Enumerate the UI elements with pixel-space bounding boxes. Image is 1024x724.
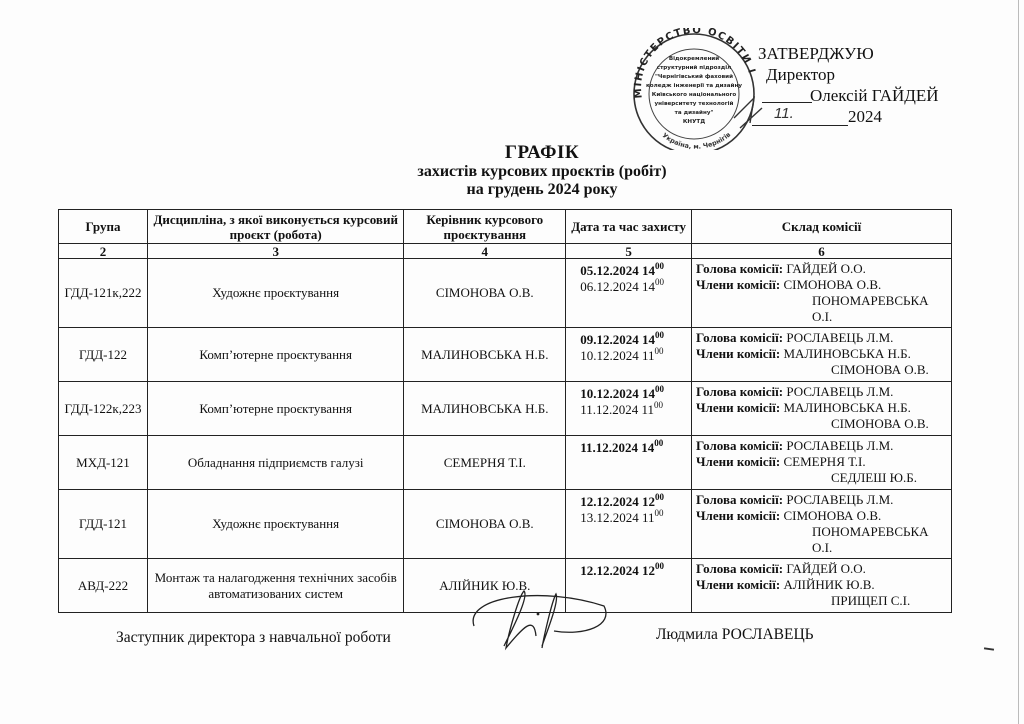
member-name: АЛІЙНИК Ю.В. (783, 577, 874, 592)
chair-name: РОСЛАВЕЦЬ Л.М. (786, 492, 893, 507)
approval-position: Директор (766, 65, 835, 85)
defense-datetime: 13.12.2024 1100 (580, 510, 688, 526)
date-text: 12.12.2024 12 (580, 494, 655, 509)
chair-label: Голова комісії: (696, 561, 783, 576)
cell-group: ГДД-121 (59, 490, 148, 559)
minutes-superscript: 00 (655, 330, 664, 340)
cell-discipline: Комп’ютерне проєктування (147, 382, 403, 436)
minutes-superscript: 00 (654, 346, 663, 356)
defense-datetime: 10.12.2024 1400 (580, 386, 688, 402)
header-supervisor: Керівник курсового проєктування (404, 210, 566, 244)
chair-label: Голова комісії: (696, 492, 783, 507)
chair-label: Голова комісії: (696, 330, 783, 345)
handwritten-date: 11. (774, 104, 794, 124)
column-number: 5 (566, 244, 692, 259)
member-name: СІМОНОВА О.В. (783, 508, 881, 523)
date-text: 13.12.2024 11 (580, 510, 654, 525)
chair-name: ГАЙДЕЙ О.О. (786, 261, 866, 276)
approval-year: 2024 (848, 107, 882, 127)
minutes-superscript: 00 (654, 438, 663, 448)
minutes-superscript: 00 (654, 508, 663, 518)
signature-line (762, 102, 812, 103)
date-text: 10.12.2024 14 (580, 386, 655, 401)
cell-group: МХД-121 (59, 436, 148, 490)
svg-text:КНУТД: КНУТД (683, 119, 705, 125)
member-name: СЕМЕРНЯ Т.І. (783, 454, 865, 469)
chair-label: Голова комісії: (696, 261, 783, 276)
column-number: 3 (147, 244, 403, 259)
cell-commission: Голова комісії: РОСЛАВЕЦЬ Л.М.Члени комі… (692, 328, 952, 382)
members-label: Члени комісії: (696, 400, 780, 415)
members-label: Члени комісії: (696, 454, 780, 469)
chair-label: Голова комісії: (696, 438, 783, 453)
cell-commission: Голова комісії: ГАЙДЕЙ О.О.Члени комісії… (692, 559, 952, 613)
cell-group: ГДД-122 (59, 328, 148, 382)
header-commission: Склад комісії (692, 210, 952, 244)
member-name: МАЛИНОВСЬКА Н.Б. (783, 346, 910, 361)
table-row: ГДД-122к,223Комп’ютерне проєктуванняМАЛИ… (59, 382, 952, 436)
defense-datetime: 12.12.2024 1200 (580, 494, 688, 510)
header-group: Група (59, 210, 148, 244)
chair-name: ГАЙДЕЙ О.О. (786, 561, 866, 576)
chair-name: РОСЛАВЕЦЬ Л.М. (786, 384, 893, 399)
date-text: 11.12.2024 11 (580, 402, 654, 417)
member-name: СІМОНОВА О.В. (783, 277, 881, 292)
column-number: 6 (692, 244, 952, 259)
minutes-superscript: 00 (655, 384, 664, 394)
table-row: ГДД-121к,222Художнє проєктуванняСІМОНОВА… (59, 259, 952, 328)
title-heading: ГРАФІК (60, 143, 1024, 163)
members-label: Члени комісії: (696, 346, 780, 361)
cell-supervisor: СІМОНОВА О.В. (404, 490, 566, 559)
table-header-row: Група Дисципліна, з якої виконується кур… (59, 210, 952, 244)
title-period: на грудень 2024 року (60, 181, 1024, 199)
cell-discipline: Комп’ютерне проєктування (147, 328, 403, 382)
cell-commission: Голова комісії: РОСЛАВЕЦЬ Л.М.Члени комі… (692, 436, 952, 490)
cell-discipline: Обладнання підприємств галузі (147, 436, 403, 490)
cell-datetime: 05.12.2024 140006.12.2024 1400 (566, 259, 692, 328)
svg-text:Відокремлений: Відокремлений (669, 55, 719, 62)
footer-position: Заступник директора з навчальної роботи (116, 629, 391, 647)
cell-datetime: 11.12.2024 1400 (566, 436, 692, 490)
column-number-row: 2 3 4 5 6 (59, 244, 952, 259)
members-label: Члени комісії: (696, 577, 780, 592)
member-name: МАЛИНОВСЬКА Н.Б. (783, 400, 910, 415)
defense-datetime: 06.12.2024 1400 (580, 279, 688, 295)
column-number: 4 (404, 244, 566, 259)
date-text: 11.12.2024 14 (580, 440, 654, 455)
chair-label: Голова комісії: (696, 384, 783, 399)
approval-heading: ЗАТВЕРДЖУЮ (758, 44, 874, 64)
date-line (752, 125, 848, 126)
svg-text:коледж інженерії та дизайну: коледж інженерії та дизайну (646, 82, 742, 89)
signature-icon (464, 586, 614, 656)
minutes-superscript: 00 (655, 561, 664, 571)
minutes-superscript: 00 (655, 261, 664, 271)
scan-edge-line (1018, 0, 1019, 724)
cell-supervisor: СЕМЕРНЯ Т.І. (404, 436, 566, 490)
cell-discipline: Художнє проєктування (147, 259, 403, 328)
minutes-superscript: 00 (655, 492, 664, 502)
approval-name: Олексій ГАЙДЕЙ (810, 86, 939, 106)
cell-discipline: Монтаж та налагодження технічних засобів… (147, 559, 403, 613)
chair-name: РОСЛАВЕЦЬ Л.М. (786, 330, 893, 345)
cell-datetime: 10.12.2024 140011.12.2024 1100 (566, 382, 692, 436)
title-subtitle: захистів курсових проєктів (робіт) (60, 163, 1024, 181)
chair-name: РОСЛАВЕЦЬ Л.М. (786, 438, 893, 453)
member-name: СІМОНОВА О.В. (831, 362, 929, 377)
cell-commission: Голова комісії: РОСЛАВЕЦЬ Л.М.Члени комі… (692, 490, 952, 559)
cell-datetime: 09.12.2024 140010.12.2024 1100 (566, 328, 692, 382)
date-text: 10.12.2024 11 (580, 348, 654, 363)
member-name: ПРИЩЕП С.І. (831, 593, 910, 608)
defense-datetime: 11.12.2024 1100 (580, 402, 688, 418)
cell-commission: Голова комісії: ГАЙДЕЙ О.О.Члени комісії… (692, 259, 952, 328)
table-row: ГДД-121Художнє проєктуванняСІМОНОВА О.В.… (59, 490, 952, 559)
defense-datetime: 05.12.2024 1400 (580, 263, 688, 279)
svg-text:та дизайну": та дизайну" (675, 109, 714, 116)
official-stamp: МІНІСТЕРСТВО ОСВІТИ І НАУКИ Україна, м. … (622, 28, 768, 150)
members-label: Члени комісії: (696, 277, 780, 292)
cell-group: АВД-222 (59, 559, 148, 613)
table-row: МХД-121Обладнання підприємств галузіСЕМЕ… (59, 436, 952, 490)
cell-supervisor: МАЛИНОВСЬКА Н.Б. (404, 382, 566, 436)
date-text: 05.12.2024 14 (580, 263, 655, 278)
svg-text:"Чернігівський фаховий: "Чернігівський фаховий (655, 73, 733, 80)
column-number: 2 (59, 244, 148, 259)
date-text: 09.12.2024 14 (580, 332, 655, 347)
defense-datetime: 11.12.2024 1400 (580, 440, 688, 456)
cell-commission: Голова комісії: РОСЛАВЕЦЬ Л.М.Члени комі… (692, 382, 952, 436)
minutes-superscript: 00 (654, 400, 663, 410)
cell-supervisor: СІМОНОВА О.В. (404, 259, 566, 328)
member-name: СЕДЛЕШ Ю.Б. (831, 470, 917, 485)
date-text: 06.12.2024 14 (580, 279, 655, 294)
defense-datetime: 10.12.2024 1100 (580, 348, 688, 364)
svg-text:Київського національного: Київського національного (652, 92, 737, 98)
member-name: ПОНОМАРЕВСЬКА О.І. (812, 524, 929, 555)
minutes-superscript: 00 (655, 277, 664, 287)
header-discipline: Дисципліна, з якої виконується курсовий … (147, 210, 403, 244)
table-row: ГДД-122Комп’ютерне проєктуванняМАЛИНОВСЬ… (59, 328, 952, 382)
member-name: СІМОНОВА О.В. (831, 416, 929, 431)
member-name: ПОНОМАРЕВСЬКА О.І. (812, 293, 929, 324)
cell-group: ГДД-122к,223 (59, 382, 148, 436)
svg-text:університету технологій: університету технологій (655, 100, 734, 107)
defense-datetime: 09.12.2024 1400 (580, 332, 688, 348)
svg-text:структурний підрозділ: структурний підрозділ (657, 64, 731, 71)
schedule-table: Група Дисципліна, з якої виконується кур… (58, 209, 952, 613)
date-text: 12.12.2024 12 (580, 563, 655, 578)
cell-datetime: 12.12.2024 120013.12.2024 1100 (566, 490, 692, 559)
defense-datetime: 12.12.2024 1200 (580, 563, 688, 579)
cell-discipline: Художнє проєктування (147, 490, 403, 559)
footer-name: Людмила РОСЛАВЕЦЬ (656, 626, 814, 644)
cell-supervisor: МАЛИНОВСЬКА Н.Б. (404, 328, 566, 382)
cell-group: ГДД-121к,222 (59, 259, 148, 328)
header-datetime: Дата та час захисту (566, 210, 692, 244)
scan-mark (984, 647, 994, 650)
members-label: Члени комісії: (696, 508, 780, 523)
document-title: ГРАФІК захистів курсових проєктів (робіт… (0, 143, 1024, 199)
